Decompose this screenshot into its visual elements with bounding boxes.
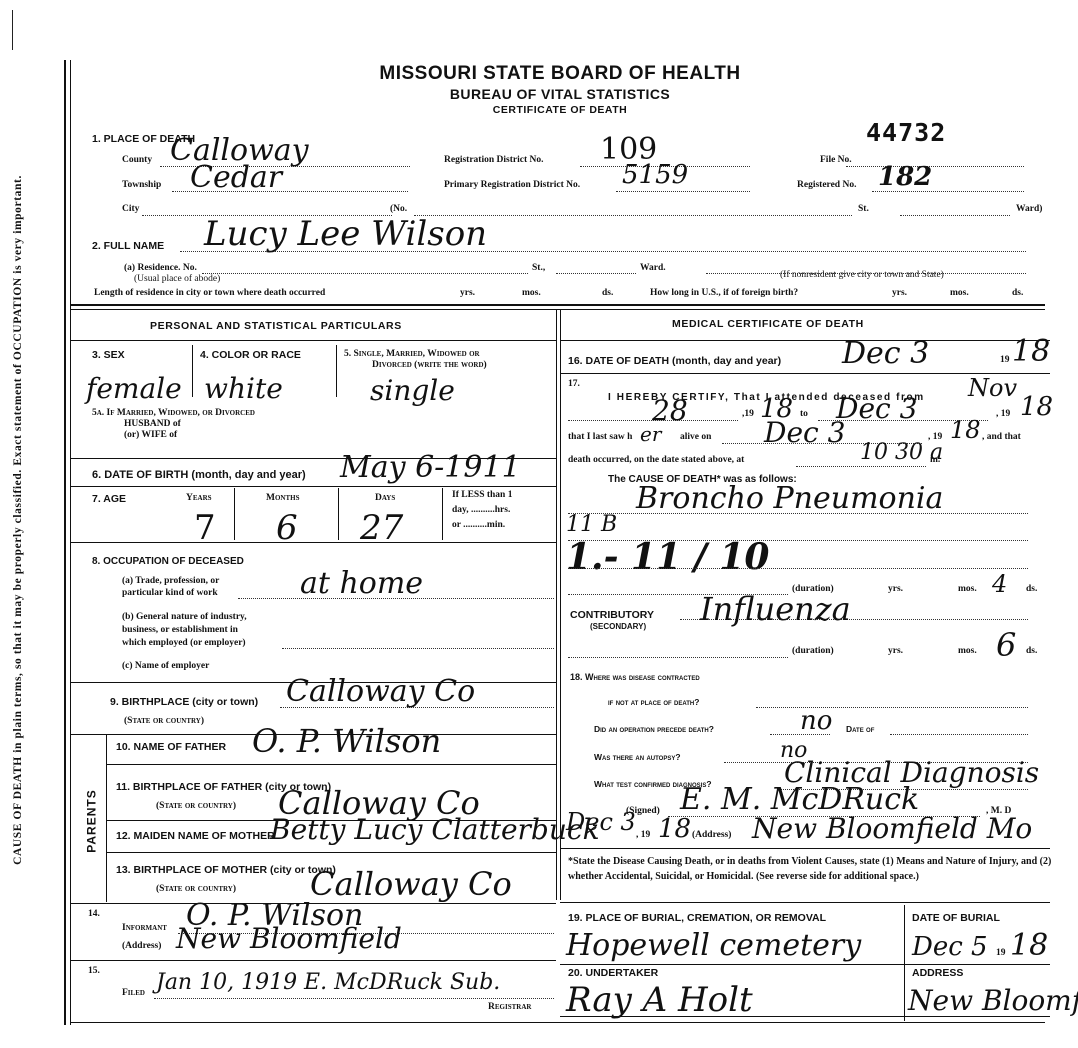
foreign-mos: mos. (950, 288, 969, 298)
informant-label: Informant (122, 923, 167, 933)
dod-value: Dec 3 (842, 336, 929, 371)
sex-race-divider (192, 345, 193, 397)
less-than-label-3: or ..........min. (452, 520, 505, 530)
undertaker-address-value: New Bloomfield (908, 984, 1078, 1017)
last-saw-pronoun: er (640, 422, 661, 446)
residence-no-line (202, 273, 528, 274)
alive-on-value: Dec 3 (764, 416, 845, 449)
months-label: Months (266, 493, 299, 503)
years-label: Years (186, 493, 212, 503)
township-value: Cedar (190, 160, 282, 195)
mother-birthplace-label: 13. BIRTHPLACE OF MOTHER (city or town) (116, 864, 336, 876)
last-saw-label: that I last saw h (568, 432, 632, 442)
death-time-suffix: m. (930, 455, 940, 465)
signed-year: 18 (658, 814, 691, 844)
contributory-duration-ds: ds. (1026, 646, 1037, 656)
personal-section-title: PERSONAL AND STATISTICAL PARTICULARS (150, 320, 402, 332)
birthplace-state-label: (State or country) (124, 716, 204, 726)
not-at-place-label: if not at place of death? (608, 697, 699, 707)
mother-state-label: (State or country) (156, 884, 236, 894)
full-name-label: 2. FULL NAME (92, 240, 164, 252)
cause-duration-mos: mos. (958, 584, 977, 594)
operation-value: no (800, 706, 832, 736)
attended-from-month: Nov (968, 374, 1017, 402)
medical-address-label: (Address) (692, 830, 731, 840)
city-no-label: (No. (390, 204, 407, 214)
residence-label: (a) Residence. No. (124, 263, 197, 273)
medical-rule (560, 902, 1050, 903)
dod-year-value: 18 (1012, 334, 1050, 369)
contributory-duration-days: 6 (996, 626, 1016, 664)
margin-instruction-text: CAUSE OF DEATH in plain terms, so that i… (12, 175, 24, 865)
date-of-line (890, 734, 1028, 735)
father-name-value: O. P. Wilson (252, 722, 441, 760)
marital-value: single (370, 374, 455, 407)
informant-address-value: New Bloomfield (176, 922, 402, 955)
dob-rule (70, 486, 556, 487)
occupation-c-label: (c) Name of employer (122, 661, 209, 671)
age-divider-1 (234, 488, 235, 540)
length-yrs: yrs. (460, 288, 475, 298)
contributory-value: Influenza (700, 590, 851, 628)
spouse-label-2: HUSBAND of (124, 419, 181, 429)
filed-value: Jan 10, 1919 E. McDRuck Sub. (156, 970, 500, 995)
father-state-label: (State or country) (156, 801, 236, 811)
signed-year-prefix: , 19 (636, 830, 650, 840)
foreign-ds: ds. (1012, 288, 1023, 298)
race-label: 4. COLOR OR RACE (200, 349, 301, 361)
cause-value: Broncho Pneumonia (636, 481, 943, 516)
mother-name-label: 12. MAIDEN NAME OF MOTHER (116, 830, 275, 842)
days-label: Days (375, 493, 395, 503)
attended-from-year-prefix: ,19 (742, 409, 754, 419)
signed-date: Dec 3 (566, 808, 636, 836)
mother-name-value: Betty Lucy Clatterbuck (270, 813, 600, 846)
alive-on-label: alive on (680, 432, 711, 442)
cause-code-1: 11 B (566, 512, 617, 537)
death-time-line (796, 466, 926, 467)
personal-title-rule (70, 340, 556, 341)
foreign-birth-label: How long in U.S., if of foreign birth? (650, 288, 798, 298)
race-value: white (204, 372, 283, 405)
column-divider (556, 310, 557, 900)
cause-code-2: 1.- 11 / 10 (566, 536, 769, 578)
informant-number: 14. (88, 909, 100, 919)
county-label: County (122, 155, 152, 165)
file-no-line (846, 166, 1024, 167)
occupation-a-value: at home (300, 566, 423, 601)
margin-instruction: CAUSE OF DEATH in plain terms, so that i… (6, 40, 30, 1000)
certificate-number-stamp: 44732 (866, 118, 946, 147)
age-rule (70, 542, 556, 543)
occupation-b-label-2: business, or establishment in (122, 625, 238, 635)
alive-on-year: 18 (950, 416, 981, 444)
township-label: Township (122, 180, 161, 190)
medical-section-title: MEDICAL CERTIFICATE OF DEATH (672, 318, 864, 330)
cause-line-1 (568, 513, 1028, 514)
full-name-value: Lucy Lee Wilson (204, 214, 487, 254)
race-marital-divider (336, 345, 337, 397)
undertaker-value: Ray A Holt (566, 980, 753, 1020)
filed-number: 15. (88, 966, 100, 976)
nonresident-note: (If nonresident give city or town and St… (780, 270, 944, 280)
length-of-residence-label: Length of residence in city or town wher… (94, 288, 325, 298)
cause-duration-days: 4 (992, 570, 1007, 598)
registrar-label: Registrar (488, 1002, 531, 1012)
registered-no-value: 182 (878, 162, 932, 192)
undertaker-label: 20. UNDERTAKER (568, 967, 658, 979)
cause-line-3 (568, 568, 1028, 569)
autopsy-label: Was there an autopsy? (594, 752, 681, 762)
burial-rule (560, 964, 1050, 965)
contributory-label: CONTRIBUTORY (570, 609, 654, 621)
parents-tab-divider (106, 734, 107, 902)
dob-label: 6. DATE OF BIRTH (month, day and year) (92, 469, 306, 481)
contributory-duration-label: (duration) (792, 646, 834, 656)
contracted-label: 18. Where was disease contracted (570, 672, 700, 682)
undertaker-address-label: ADDRESS (912, 967, 963, 979)
filed-line (154, 998, 554, 999)
marital-label-2: Divorced (write the word) (372, 360, 487, 370)
occupation-b-line (282, 648, 554, 649)
date-of-label: Date of (846, 724, 874, 734)
birthplace-label: 9. BIRTHPLACE (city or town) (110, 696, 258, 708)
attended-to-value: Dec 3 (836, 392, 917, 425)
residence-ward-label: Ward. (640, 263, 666, 273)
city-label: City (122, 204, 139, 214)
filed-label: Filed (122, 988, 145, 998)
age-divider-3 (442, 488, 443, 540)
dob-value: May 6-1911 (340, 450, 521, 485)
parents-tab-label: PARENTS (85, 789, 99, 852)
less-than-label-1: If LESS than 1 (452, 490, 512, 500)
informant-address-label: (Address) (122, 941, 161, 951)
spouse-label-1: 5a. If Married, Widowed, or Divorced (92, 408, 255, 418)
burial-year: 18 (1010, 928, 1048, 963)
form-header: MISSOURI STATE BOARD OF HEALTH BUREAU OF… (290, 63, 830, 116)
contributory-duration-mos: mos. (958, 646, 977, 656)
primary-registration-line (616, 191, 750, 192)
birthplace-value: Calloway Co (286, 674, 475, 709)
and-that-text: , and that (982, 432, 1021, 442)
parents-tab: PARENTS (80, 740, 104, 902)
occupation-label: 8. OCCUPATION OF DECEASED (92, 556, 244, 567)
ward-line (900, 215, 1010, 216)
dod-label: 16. DATE OF DEATH (month, day and year) (568, 355, 781, 367)
operation-label: Did an operation precede death? (594, 724, 714, 734)
informant-rule (70, 960, 556, 961)
bottom-rule (70, 1022, 1045, 1023)
dod-year-prefix: 19 (1000, 355, 1010, 365)
medical-address-value: New Bloomfield Mo (752, 812, 1032, 845)
death-occurred-label: death occurred, on the date stated above… (568, 455, 744, 465)
burial-column-divider (904, 905, 905, 1021)
father-name-rule (106, 764, 556, 765)
medical-address-rule (560, 848, 1050, 849)
burial-bottom-rule (560, 1016, 1050, 1017)
attended-to-year-prefix: , 19 (996, 409, 1010, 419)
mother-name-rule (106, 852, 556, 853)
abode-note: (Usual place of abode) (134, 274, 220, 284)
attended-to-year: 18 (1020, 392, 1053, 422)
less-than-label-2: day, ..........hrs. (452, 505, 510, 515)
registered-no-label: Registered No. (797, 180, 856, 190)
cause-duration-ds: ds. (1026, 584, 1037, 594)
contributory-duration-yrs: yrs. (888, 646, 903, 656)
age-divider-2 (338, 488, 339, 540)
contributory-duration-line (568, 657, 788, 658)
occupation-b-label-1: (b) General nature of industry, (122, 612, 247, 622)
city-st-label: St. (858, 204, 869, 214)
not-at-place-line (756, 707, 1028, 708)
burial-year-prefix: 19 (996, 948, 1006, 958)
marital-label-1: 5. Single, Married, Widowed or (344, 349, 480, 359)
form-title: CERTIFICATE OF DEATH (290, 104, 830, 116)
header-divider-2 (70, 309, 1045, 310)
occupation-a-label-1: (a) Trade, profession, or (122, 576, 219, 586)
column-divider-2 (560, 310, 561, 900)
primary-registration-value: 5159 (622, 160, 688, 190)
burial-place-label: 19. PLACE OF BURIAL, CREMATION, OR REMOV… (568, 912, 826, 924)
cause-footnote: *State the Disease Causing Death, or in … (568, 854, 1068, 884)
spouse-label-3: (or) WIFE of (124, 430, 177, 440)
burial-place-value: Hopewell cemetery (566, 928, 861, 963)
file-no-label: File No. (820, 155, 852, 165)
occupation-b-label-3: which employed (or employer) (122, 638, 246, 648)
foreign-yrs: yrs. (892, 288, 907, 298)
burial-date-label: DATE OF BURIAL (912, 912, 1000, 924)
bureau-title: BUREAU OF VITAL STATISTICS (290, 86, 830, 102)
frame-border-outer (64, 60, 66, 1025)
father-name-label: 10. NAME OF FATHER (116, 741, 226, 753)
residence-ward-line (556, 273, 636, 274)
sex-label: 3. SEX (92, 349, 125, 361)
length-mos: mos. (522, 288, 541, 298)
medical-title-rule (560, 340, 1050, 341)
age-label: 7. AGE (92, 493, 126, 505)
header-divider (70, 304, 1045, 306)
registration-district-label: Registration District No. (444, 155, 543, 165)
certify-number: 17. (568, 379, 580, 389)
cause-duration-yrs: yrs. (888, 584, 903, 594)
agency-title: MISSOURI STATE BOARD OF HEALTH (290, 63, 830, 85)
length-ds: ds. (602, 288, 613, 298)
occupation-a-label-2: particular kind of work (122, 588, 218, 598)
residence-st-label: St., (532, 263, 545, 273)
burial-date-value: Dec 5 (912, 932, 988, 962)
secondary-label: (SECONDARY) (590, 622, 646, 631)
city-ward-label: Ward) (1016, 204, 1042, 214)
sex-value: female (86, 372, 182, 405)
primary-registration-label: Primary Registration District No. (444, 180, 580, 190)
